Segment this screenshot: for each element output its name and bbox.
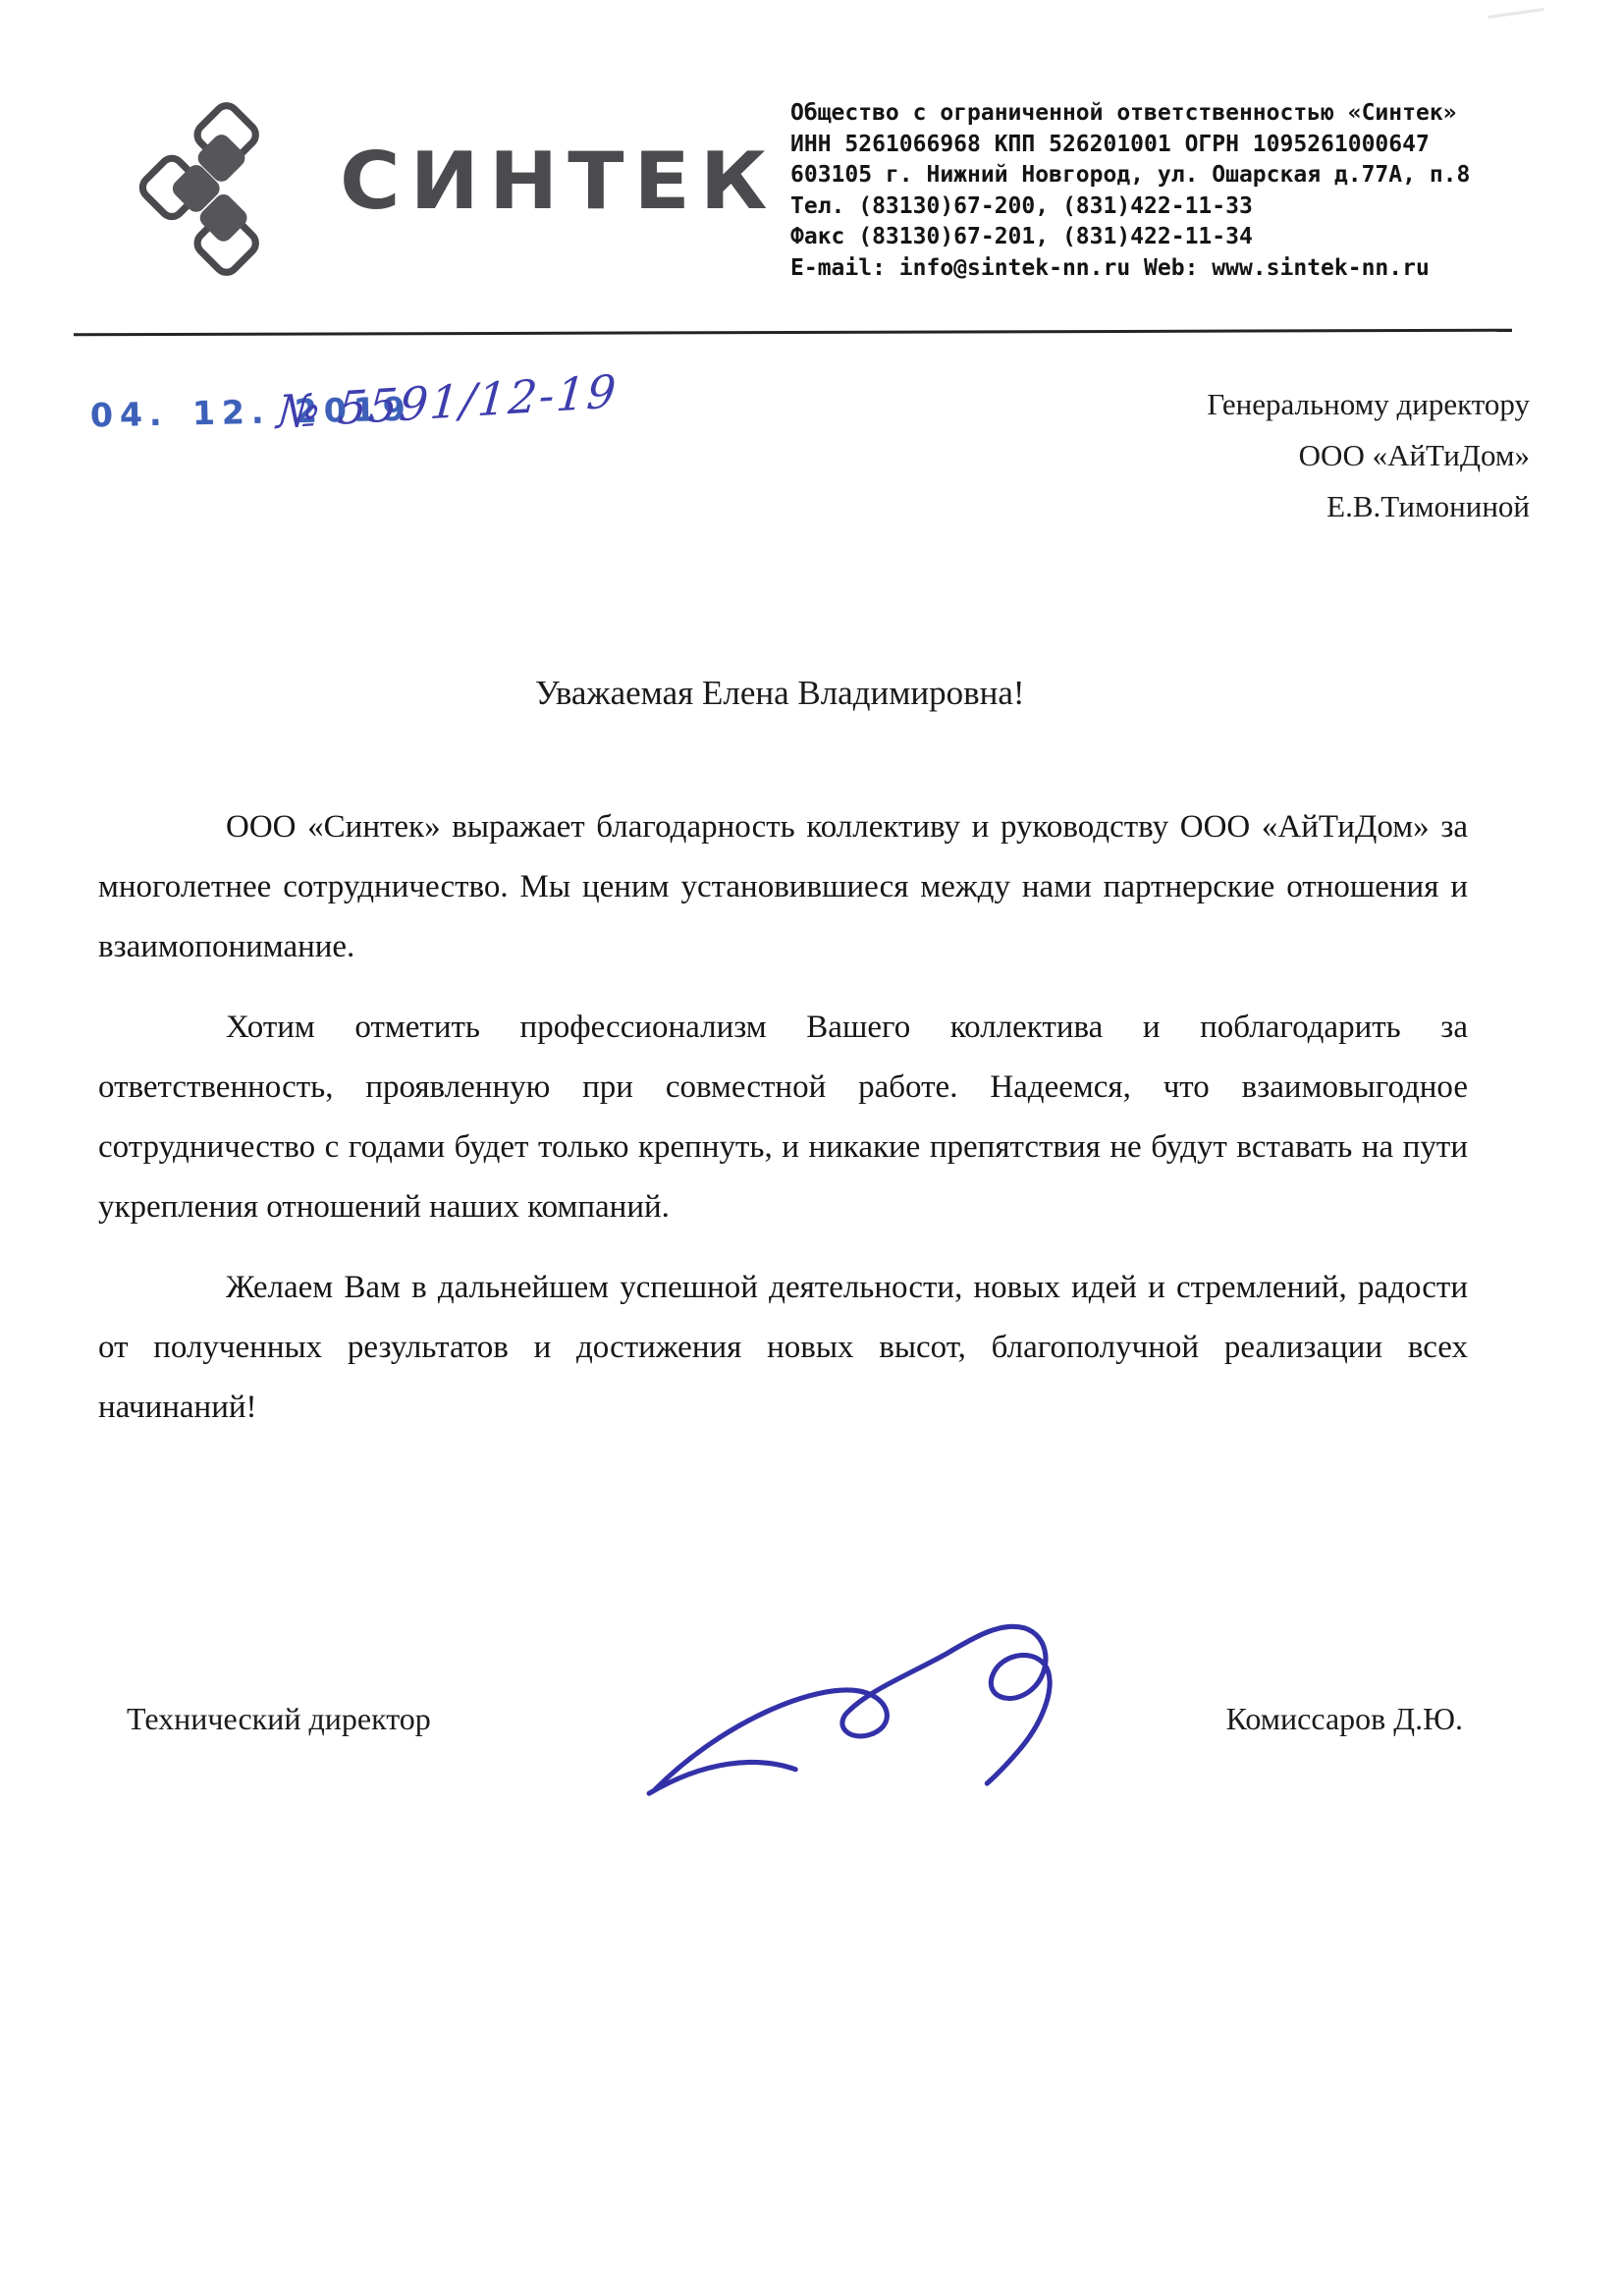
company-info-line: Тел. (83130)67-200, (831)422-11-33: [790, 191, 1478, 223]
diamond-cluster-icon: [135, 94, 273, 287]
letter-paragraph: Хотим отметить профессионализм Вашего ко…: [98, 998, 1468, 1237]
outgoing-number-handwritten: № 5591/12-19: [275, 364, 620, 439]
letter-paragraph: Желаем Вам в дальнейшем успешной деятель…: [98, 1258, 1468, 1438]
company-info-line: 603105 г. Нижний Новгород, ул. Ошарская …: [790, 160, 1478, 191]
company-info-line: Общество с ограниченной ответственностью…: [790, 98, 1478, 130]
letter-paragraph: ООО «Синтек» выражает благодарность колл…: [98, 797, 1468, 977]
signatory-title: Технический директор: [127, 1701, 431, 1737]
salutation: Уважаемая Елена Владимировна!: [535, 674, 1025, 713]
signature-autograph-icon: [643, 1618, 1114, 1805]
company-info-block: Общество с ограниченной ответственностью…: [790, 98, 1478, 284]
recipient-line: Е.В.Тимониной: [1207, 481, 1530, 532]
letter-document: СИНТЕК Общество с ограниченной ответстве…: [0, 0, 1623, 2296]
company-info-line: ИНН 5261066968 КПП 526201001 ОГРН 109526…: [790, 130, 1478, 161]
company-info-line: Факс (83130)67-201, (831)422-11-34: [790, 222, 1478, 253]
company-logo-text: СИНТЕК: [340, 136, 778, 226]
letter-body: ООО «Синтек» выражает благодарность колл…: [98, 797, 1468, 1458]
recipient-line: ООО «АйТиДом»: [1207, 430, 1530, 481]
header-divider: [74, 329, 1512, 337]
company-info-line: E-mail: info@sintek-nn.ru Web: www.sinte…: [790, 253, 1478, 285]
recipient-line: Генеральному директору: [1207, 379, 1530, 430]
signatory-name: Комиссаров Д.Ю.: [1226, 1701, 1463, 1737]
scan-artifact: [1488, 8, 1544, 19]
recipient-block: Генеральному директору ООО «АйТиДом» Е.В…: [1207, 379, 1530, 532]
